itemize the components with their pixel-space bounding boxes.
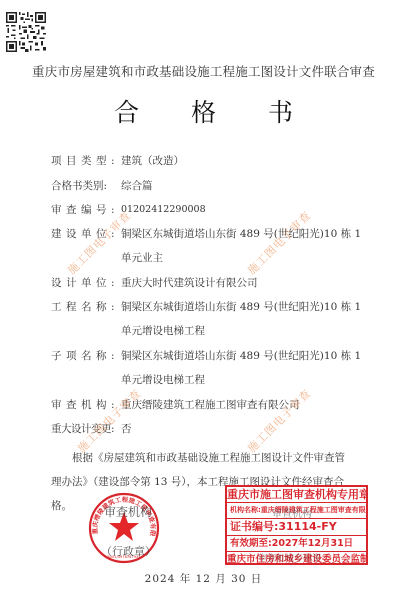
field-value: 综合篇 [121, 174, 366, 198]
field-value: 否 [121, 417, 366, 441]
document-subtitle: 重庆市房屋建筑和市政基础设施工程施工图设计文件联合审查 [0, 62, 407, 80]
qr-code-icon [6, 12, 46, 52]
document-title: 合 格 书 [0, 93, 407, 129]
seal-overlay-label: 审查机构专用章 [258, 551, 321, 564]
field-value: 01202412290008 [121, 198, 366, 222]
seal-overlay-label: 审查机构 [272, 505, 312, 520]
field-label: 设计单位: [51, 277, 121, 289]
field-value: 重庆大时代建筑设计有限公司 [121, 271, 366, 295]
field-value: 铜梁区东城街道塔山东街 489 号(世纪阳光)10 栋 1 单元增设电梯工程 [121, 344, 366, 392]
field-value: 建筑（改造） [121, 149, 366, 173]
seal-row-title: 重庆市施工图审查机构专用章 [227, 487, 366, 503]
seal-row-certificate-number: 证书编号:31114-FY [227, 519, 366, 535]
issue-date: 2024 年 12 月 30 日 [0, 571, 407, 586]
field-value: 重庆缙陵建筑工程施工图审查有限公司 [121, 393, 366, 417]
field-label: 项目类型: [51, 155, 121, 167]
field-label: 工程名称: [51, 301, 121, 313]
seal-label-administrative: （行政章） [101, 543, 156, 559]
field-value: 铜梁区东城街道塔山东街 489 号(世纪阳光)10 栋 1 单元增设电梯工程 [121, 295, 366, 343]
seal-row-valid-until: 有效期至:2027年12月31日 [227, 536, 366, 552]
seal-label-review-agency: 审查机构 [104, 503, 152, 520]
field-label: 审查编号: [51, 204, 121, 216]
field-label: 子项名称: [51, 350, 121, 362]
field-value: 铜梁区东城街道塔山东街 489 号(世纪阳光)10 栋 1 单元业主 [121, 222, 366, 270]
field-label: 合格书类别: [51, 180, 121, 192]
